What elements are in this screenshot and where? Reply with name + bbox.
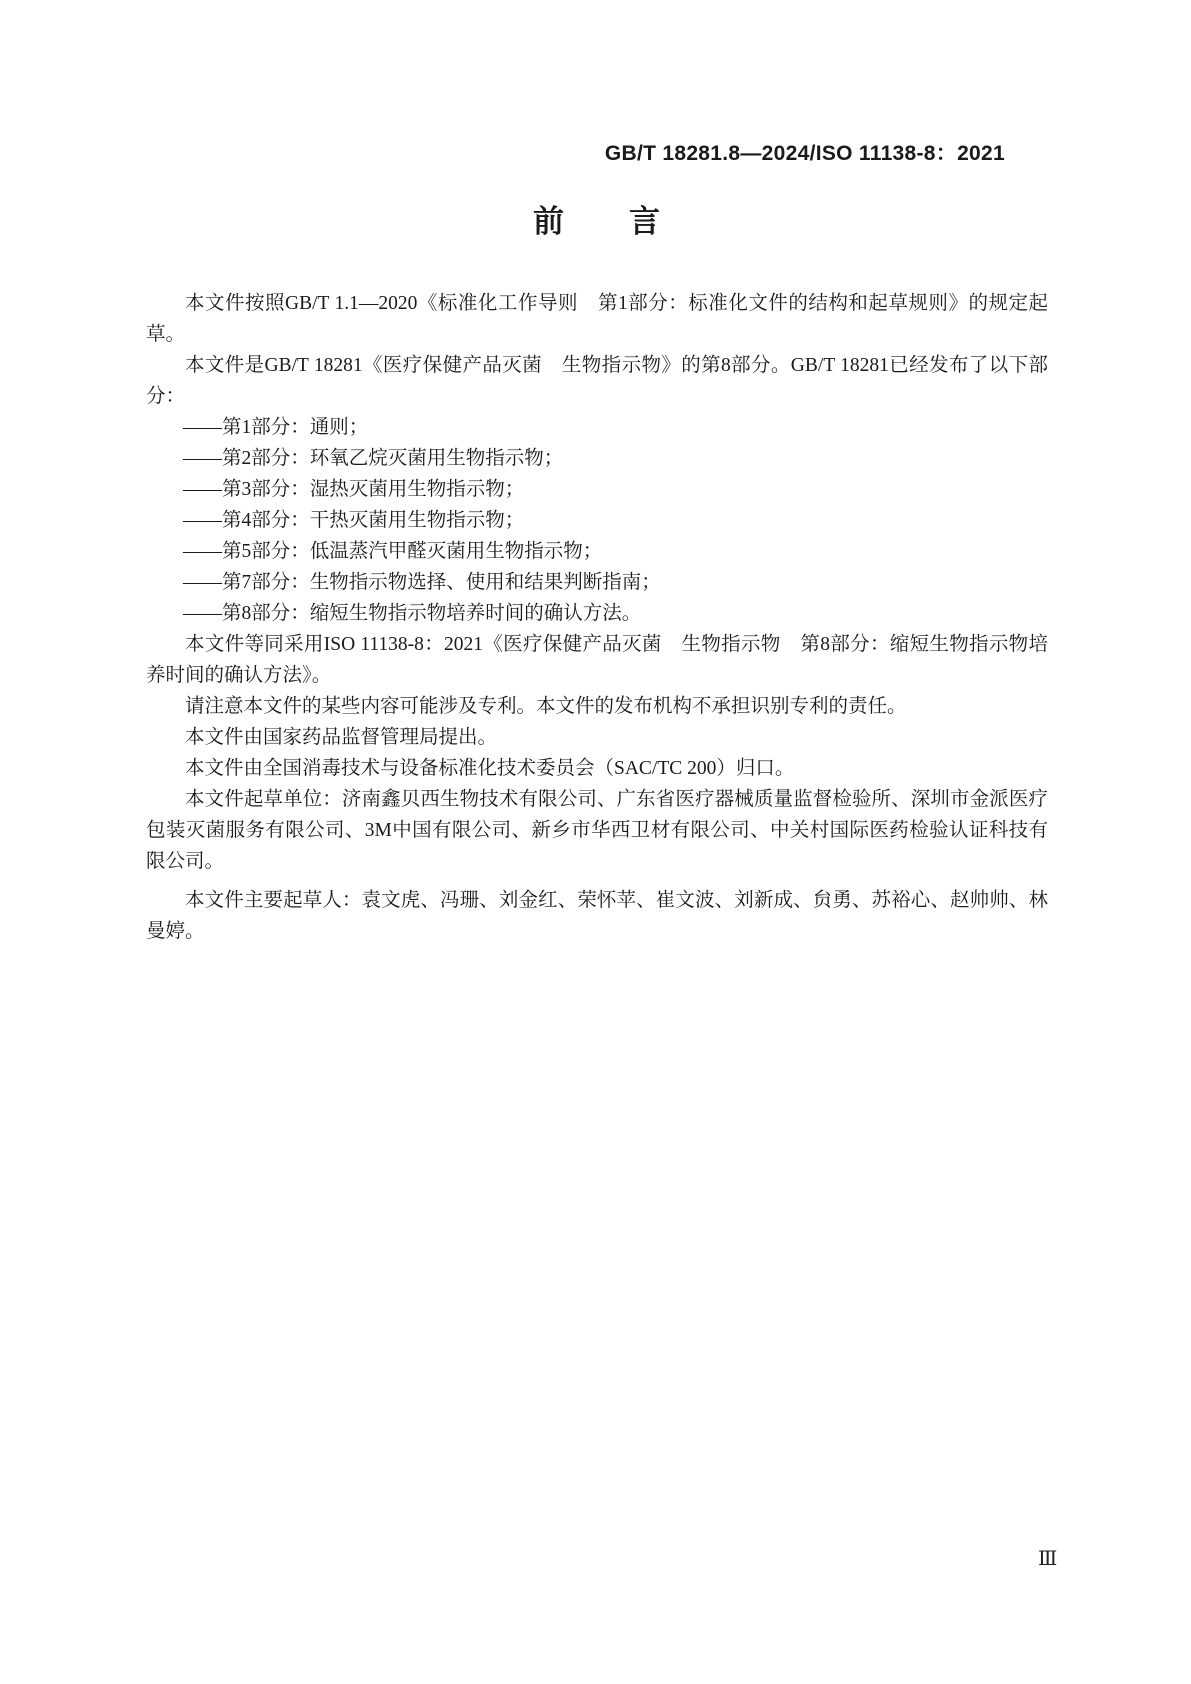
list-item-part8: ——第8部分：缩短生物指示物培养时间的确认方法。 (146, 598, 1048, 629)
standard-code-header: GB/T 18281.8—2024/ISO 11138-8：2021 (605, 137, 1005, 167)
paragraph-drafting-organizations: 本文件起草单位：济南鑫贝西生物技术有限公司、广东省医疗器械质量监督检验所、深圳市… (146, 784, 1048, 877)
document-page: GB/T 18281.8—2024/ISO 11138-8：2021 前 言 本… (0, 0, 1191, 1684)
list-item-part7: ——第7部分：生物指示物选择、使用和结果判断指南； (146, 567, 1048, 598)
paragraph-series-intro: 本文件是GB/T 18281《医疗保健产品灭菌 生物指示物》的第8部分。GB/T… (146, 350, 1048, 412)
page-title: 前 言 (146, 196, 1048, 241)
list-item-part2: ——第2部分：环氧乙烷灭菌用生物指示物； (146, 443, 1048, 474)
paragraph-drafting-basis: 本文件按照GB/T 1.1—2020《标准化工作导则 第1部分：标准化文件的结构… (146, 288, 1048, 350)
paragraph-adoption: 本文件等同采用ISO 11138-8：2021《医疗保健产品灭菌 生物指示物 第… (146, 629, 1048, 691)
list-item-part1: ——第1部分：通则； (146, 412, 1048, 443)
list-item-part3: ——第3部分：湿热灭菌用生物指示物； (146, 474, 1048, 505)
paragraph-committee: 本文件由全国消毒技术与设备标准化技术委员会（SAC/TC 200）归口。 (146, 753, 1048, 784)
paragraph-drafters: 本文件主要起草人：袁文虎、冯珊、刘金红、荣怀苹、崔文波、刘新成、贠勇、苏裕心、赵… (146, 885, 1048, 947)
page-number: Ⅲ (1038, 1546, 1057, 1571)
list-item-part4: ——第4部分：干热灭菌用生物指示物； (146, 505, 1048, 536)
foreword-body: 本文件按照GB/T 1.1—2020《标准化工作导则 第1部分：标准化文件的结构… (146, 288, 1048, 947)
published-parts-list: ——第1部分：通则； ——第2部分：环氧乙烷灭菌用生物指示物； ——第3部分：湿… (146, 412, 1048, 629)
list-item-part5: ——第5部分：低温蒸汽甲醛灭菌用生物指示物； (146, 536, 1048, 567)
paragraph-proposer: 本文件由国家药品监督管理局提出。 (146, 722, 1048, 753)
paragraph-patent-notice: 请注意本文件的某些内容可能涉及专利。本文件的发布机构不承担识别专利的责任。 (146, 691, 1048, 722)
